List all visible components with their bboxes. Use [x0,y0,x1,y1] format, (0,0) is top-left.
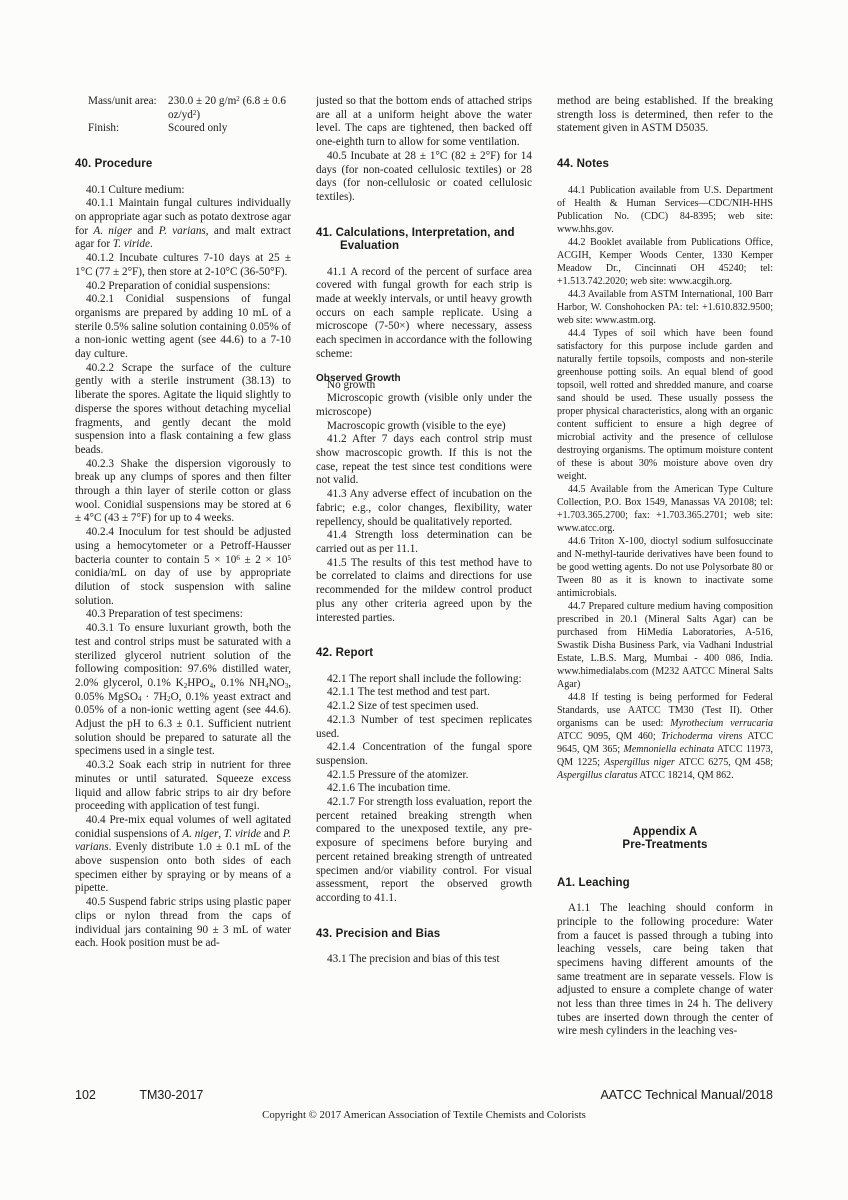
paragraph: 40.1.1 Maintain fungal cultures individu… [75,197,291,252]
spec-value: Scoured only [168,122,291,136]
paragraph: A1.1 The leaching should conform in prin… [557,902,773,1039]
text-run: ATCC 9095, QM 460; [557,731,661,742]
paragraph: 42.1.7 For strength loss evaluation, rep… [316,796,532,906]
paragraph: 40.1.2 Incubate cultures 7-10 days at 25… [75,252,291,279]
paragraph: 40.2.1 Conidial suspensions of fungal or… [75,293,291,362]
text-run: P. varians [159,225,206,237]
text-run: 4 [265,682,268,690]
spec-value: 230.0 ± 20 g/m2 (6.8 ± 0.6 oz/yd2) [168,95,291,122]
text-run: T. viride [113,238,150,250]
paragraph: 44.5 Available from the American Type Cu… [557,483,773,535]
paragraph: 40.4 Pre-mix equal volumes of well agita… [75,814,291,896]
section-heading: Appendix APre-Treatments [557,826,773,853]
section-heading: 43. Precision and Bias [316,928,532,942]
text-run: 6 [236,554,239,562]
text-run: Memnoniella echinata [624,744,715,755]
column-middle: justed so that the bottom ends of attach… [316,95,532,1058]
text-run: ) [196,109,200,121]
paragraph: 40.2 Preparation of conidial suspensions… [75,280,291,294]
paragraph: justed so that the bottom ends of attach… [316,95,532,150]
heading-line: Appendix A [633,826,697,838]
text-run: and [132,225,159,237]
text-run: , 0.1% NH [213,677,265,689]
text-run: Myrothecium verrucaria [670,718,773,729]
footer-left: 102 TM30-2017 [75,1088,203,1102]
paragraph: 44.3 Available from ASTM International, … [557,288,773,327]
text-run: · 7H [141,691,167,703]
paragraph: 42.1.2 Size of test specimen used. [316,700,532,714]
text-run: ATCC 18214, QM 862. [637,770,733,781]
spec-label: Finish: [88,122,168,136]
paragraph: 44.4 Types of soil which have been found… [557,327,773,483]
text-run: 2 [184,682,187,690]
paragraph: Microscopic growth (visible only under t… [316,392,532,419]
text-run: 5 [288,554,291,562]
paragraph: 44.1 Publication available from U.S. Dep… [557,184,773,236]
text-run: A. niger [93,225,132,237]
text-run: 2 [236,95,239,103]
text-run: Trichoderma virens [661,731,742,742]
text-run: HPO [187,677,209,689]
paragraph: 44.7 Prepared culture medium having comp… [557,600,773,691]
text-run: ± 2 × 10 [240,554,288,566]
paragraph: 41.2 After 7 days each control strip mus… [316,433,532,488]
column-left: Mass/unit area:230.0 ± 20 g/m2 (6.8 ± 0.… [75,95,291,1058]
text-run: 4 [210,682,213,690]
doc-code: TM30-2017 [139,1088,203,1102]
section-heading: A1. Leaching [557,877,773,891]
heading-line: Pre-Treatments [622,839,707,851]
paragraph: 44.8 If testing is being performed for F… [557,691,773,782]
text-run: and [261,828,283,840]
section-heading: 41. Calculations, Interpretation, andEva… [316,227,532,254]
section-heading: 44. Notes [557,158,773,172]
text-run: 4 [138,695,141,703]
manual-title: AATCC Technical Manual/2018 [600,1088,773,1102]
paragraph: 42.1.1 The test method and test part. [316,686,532,700]
section-heading: 40. Procedure [75,158,291,172]
text-run: NO [269,677,285,689]
document-page: Mass/unit area:230.0 ± 20 g/m2 (6.8 ± 0.… [0,0,848,1200]
text-run: 230.0 ± 20 g/m [168,95,236,107]
heading-line: 41. Calculations, Interpretation, and [316,227,515,239]
text-run: 2 [193,109,196,117]
paragraph: 40.3.2 Soak each strip in nutrient for t… [75,759,291,814]
paragraph: 40.2.4 Inoculum for test should be adjus… [75,526,291,608]
text-run: 2 [167,695,170,703]
text-run: . [150,238,153,250]
paragraph: 40.5 Suspend fabric strips using plastic… [75,896,291,951]
section-heading: 42. Report [316,647,532,661]
paragraph: 42.1.6 The incubation time. [316,782,532,796]
text-run: Aspergillus niger [604,757,675,768]
spec-table: Mass/unit area:230.0 ± 20 g/m2 (6.8 ± 0.… [75,95,291,136]
page-footer: 102 TM30-2017 AATCC Technical Manual/201… [75,1088,773,1102]
paragraph: 40.1 Culture medium: [75,184,291,198]
text-run: conidia/mL on day of use by appropriate … [75,567,291,606]
paragraph: 42.1.5 Pressure of the atomizer. [316,769,532,783]
paragraph: 40.5 Incubate at 28 ± 1°C (82 ± 2°F) for… [316,150,532,205]
copyright-line: Copyright © 2017 American Association of… [0,1109,848,1121]
paragraph: 41.5 The results of this test method hav… [316,557,532,626]
paragraph: 40.3 Preparation of test specimens: [75,608,291,622]
text-run: Aspergillus claratus [557,770,637,781]
text-run: ATCC 6275, QM 458; [675,757,773,768]
paragraph: 41.3 Any adverse effect of incubation on… [316,488,532,529]
paragraph: method are being established. If the bre… [557,95,773,136]
paragraph: 40.2.2 Scrape the surface of the culture… [75,362,291,458]
paragraph: 41.1 A record of the percent of surface … [316,266,532,362]
heading-line: Evaluation [340,240,399,252]
paragraph: 40.2.3 Shake the dispersion vigorously t… [75,458,291,527]
paragraph: 41.4 Strength loss determination can be … [316,529,532,556]
paragraph: 44.6 Triton X-100, dioctyl sodium sulfos… [557,535,773,600]
text-run: A. niger [182,828,218,840]
paragraph: 43.1 The precision and bias of this test [316,953,532,967]
column-right: method are being established. If the bre… [557,95,773,1058]
paragraph: 42.1 The report shall include the follow… [316,673,532,687]
spec-label: Mass/unit area: [88,95,168,122]
paragraph: 42.1.3 Number of test specimen replicate… [316,714,532,741]
text-run: T. viride [224,828,261,840]
paragraph: 40.3.1 To ensure luxuriant growth, both … [75,622,291,759]
paragraph: Macroscopic growth (visible to the eye) [316,420,532,434]
text-run: 3 [285,682,288,690]
document-columns: Mass/unit area:230.0 ± 20 g/m2 (6.8 ± 0.… [0,0,848,1058]
paragraph: 42.1.4 Concentration of the fungal spore… [316,741,532,768]
paragraph: 44.2 Booklet available from Publications… [557,236,773,288]
page-number: 102 [75,1088,96,1102]
